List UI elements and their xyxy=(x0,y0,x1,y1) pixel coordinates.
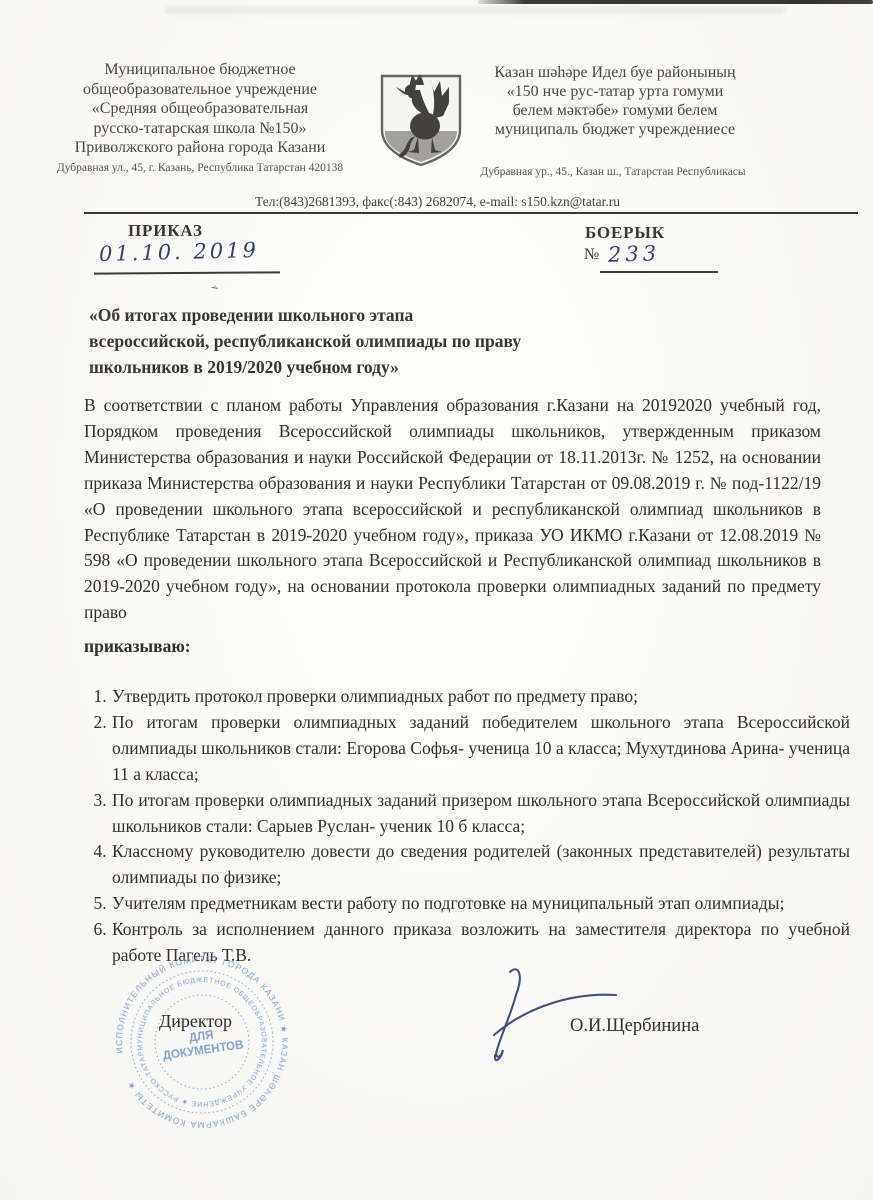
organization-name-russian: Муниципальное бюджетное общеобразователь… xyxy=(50,60,350,158)
order-label-tatar: БОЕРЫК xyxy=(585,223,665,243)
order-item-1: Утвердить протокол проверки олимпиадных … xyxy=(111,684,850,710)
handwritten-order-number: 233 xyxy=(608,241,661,267)
handwritten-date: 01.10. 2019 xyxy=(99,238,259,266)
kazan-zilant-coat-of-arms-icon xyxy=(378,72,464,170)
address-tatar: Дубравная ур., 45., Казан ш., Татарстан … xyxy=(463,166,763,178)
scan-ink-speck: ∸ xyxy=(209,285,219,297)
official-round-stamp: ИСПОЛНИТЕЛЬНЫЙ КОМИТЕТ ГОРОДА КАЗАНИ ★ К… xyxy=(98,938,306,1146)
number-underline xyxy=(600,271,718,273)
scan-smudge-artifact xyxy=(165,7,785,14)
order-item-2: По итогам проверки олимпиадных заданий п… xyxy=(111,710,850,788)
order-item-4: Классному руководителю довести до сведен… xyxy=(111,839,850,891)
order-preamble-paragraph: В соответствии с планом работы Управлени… xyxy=(84,393,821,626)
number-sign: № xyxy=(584,246,599,264)
order-item-5: Учителям предметникам вести работу по по… xyxy=(111,891,850,917)
order-label-russian: ПРИКАЗ xyxy=(128,221,203,241)
order-title: «Об итогах проведении школьного этапа вс… xyxy=(89,302,669,380)
organization-name-tatar: Казан шәһәре Идел буе районының «150 нче… xyxy=(470,63,760,139)
signer-role-label: Директор xyxy=(159,1011,232,1032)
address-russian: Дубравная ул., 45, г. Казань, Республика… xyxy=(40,162,360,174)
scan-edge-artifact xyxy=(478,0,873,4)
signer-name: О.И.Щербинина xyxy=(570,1016,699,1037)
date-underline xyxy=(94,271,280,274)
decree-word: приказываю: xyxy=(84,636,191,657)
contact-line: Тел:(843)2681393, факс(:843) 2682074, e-… xyxy=(150,194,725,210)
header-divider-rule xyxy=(84,212,858,214)
order-item-3: По итогам проверки олимпиадных заданий п… xyxy=(111,788,850,840)
order-items-list: Утвердить протокол проверки олимпиадных … xyxy=(84,684,850,969)
scanned-document-page: ∸ Муниципальное бюджетное общеобразовате… xyxy=(0,0,873,1200)
